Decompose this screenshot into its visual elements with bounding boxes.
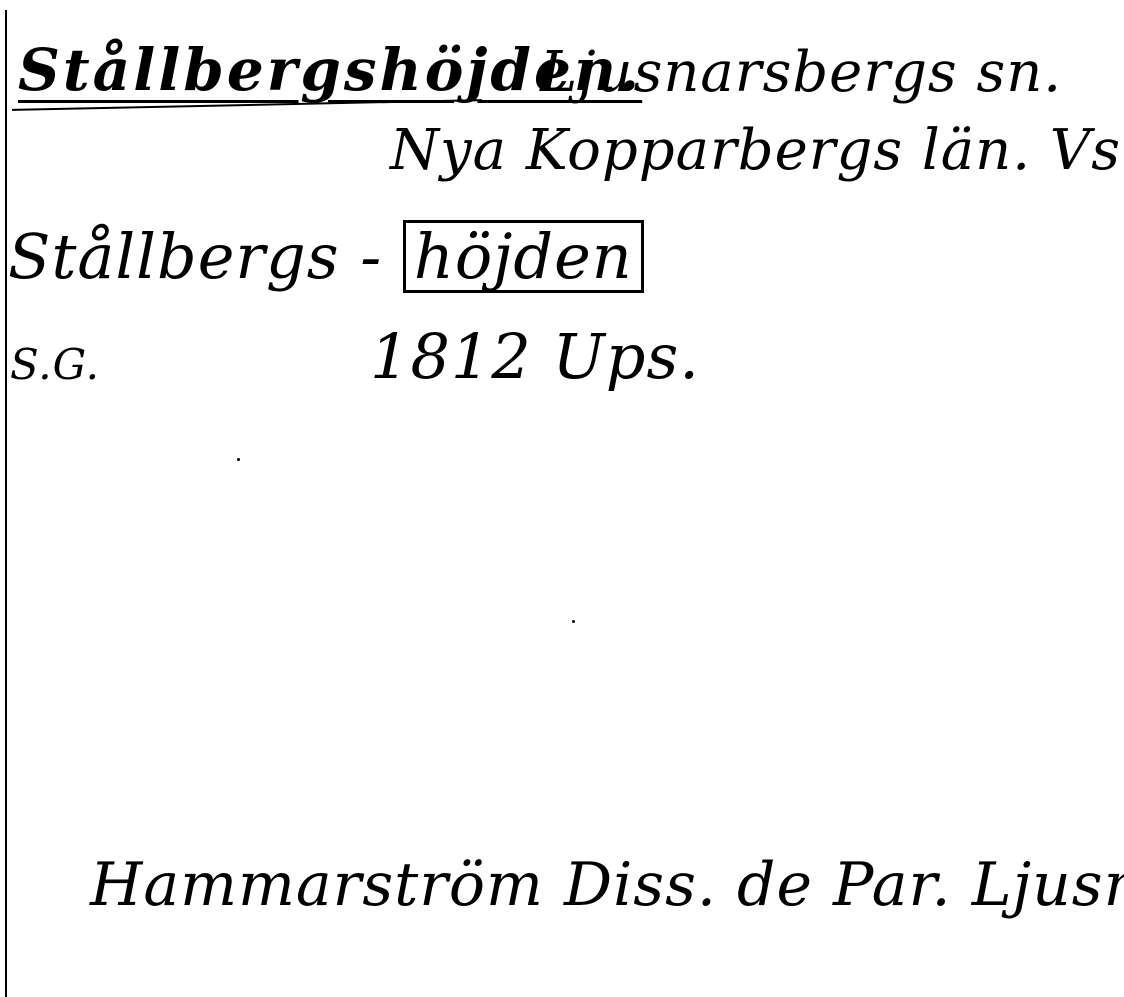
margin-mark: S.G. <box>10 340 100 389</box>
year-line: 1812 Ups. <box>370 320 700 393</box>
variant-bracketed-word: höjden <box>403 220 644 293</box>
source-citation: Hammarström Diss. de Par. Ljusnarsberg. <box>90 850 1124 920</box>
variant-prefix: Stållbergs - <box>8 220 382 293</box>
variant-form: Stållbergs - höjden <box>8 220 644 293</box>
county-name: Nya Kopparbergs län. Vst. <box>390 118 1124 183</box>
speck <box>572 620 575 623</box>
left-margin-rule <box>5 10 7 997</box>
year-suffix: Ups. <box>553 320 700 393</box>
speck <box>237 458 240 461</box>
year: 1812 <box>370 320 532 393</box>
parish-name: Ljusnarsbergs sn. <box>540 40 1062 105</box>
